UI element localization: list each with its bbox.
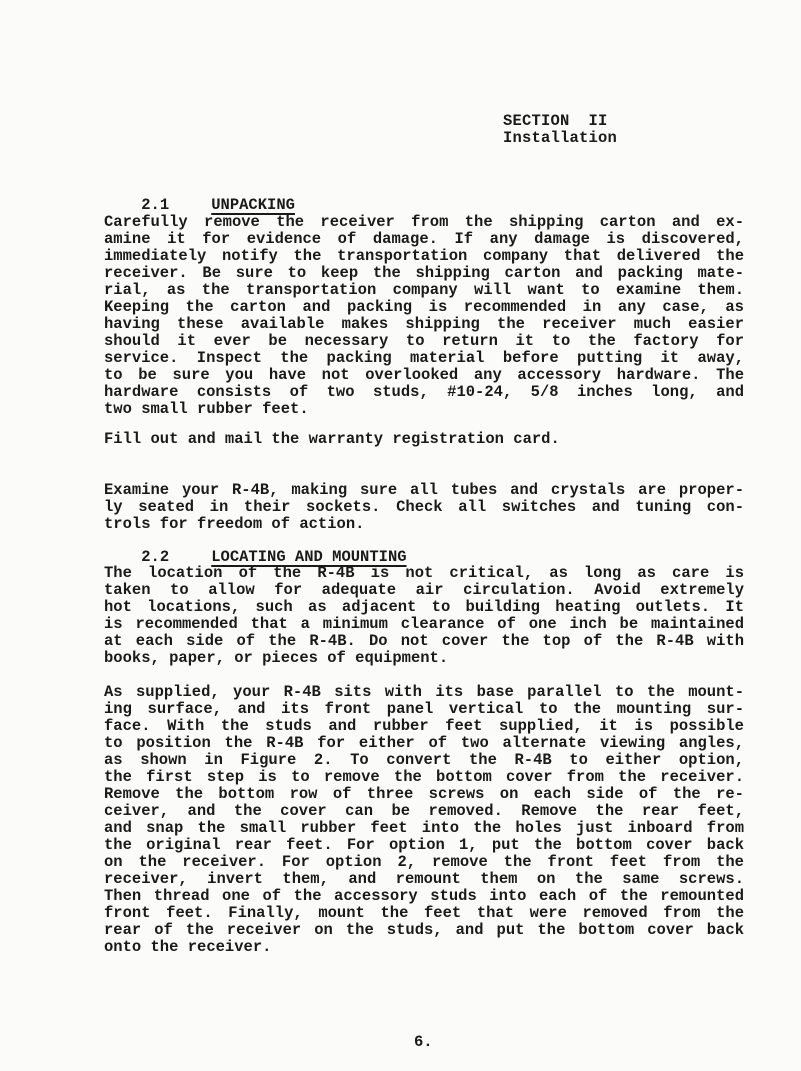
text-line: Examine your R-4B, making sure all tubes… — [104, 482, 744, 499]
text-line: face. With the studs and rubber feet sup… — [104, 718, 744, 735]
text-line: trols for freedom of action. — [104, 516, 744, 533]
text-line: hot locations, such as adjacent to build… — [104, 599, 744, 616]
text-line: Then thread one of the accessory studs i… — [104, 888, 744, 905]
text-line: As supplied, your R-4B sits with its bas… — [104, 684, 744, 701]
subsection-title: UNPACKING — [211, 196, 295, 214]
text-line: receiver. Be sure to keep the shipping c… — [104, 265, 744, 282]
text-line: front feet. Finally, mount the feet that… — [104, 905, 744, 922]
text-line: receiver, invert them, and remount them … — [104, 871, 744, 888]
paragraph-examine: Examine your R-4B, making sure all tubes… — [104, 482, 744, 533]
text-line: at each side of the R-4B. Do not cover t… — [104, 633, 744, 650]
text-line: rear of the receiver on the studs, and p… — [104, 922, 744, 939]
subsection-number: 2.1 — [141, 197, 211, 214]
text-line: two small rubber feet. — [104, 401, 744, 418]
paragraph-mounting: As supplied, your R-4B sits with its bas… — [104, 684, 744, 956]
text-line: having these available makes shipping th… — [104, 316, 744, 333]
text-line: Remove the bottom row of three screws on… — [104, 786, 744, 803]
text-line: The location of the R-4B is not critical… — [104, 565, 744, 582]
text-line: as shown in Figure 2. To convert the R-4… — [104, 752, 744, 769]
section-title: Installation — [503, 130, 617, 147]
page-number: 6. — [414, 1033, 433, 1051]
section-header: SECTION II Installation — [503, 113, 617, 147]
text-line: ing surface, and its front panel vertica… — [104, 701, 744, 718]
text-line: to be sure you have not overlooked any a… — [104, 367, 744, 384]
manual-page: SECTION II Installation 2.1UNPACKING Car… — [0, 0, 801, 1071]
text-line: to position the R-4B for either of two a… — [104, 735, 744, 752]
paragraph-unpacking-1: Carefully remove the receiver from the s… — [104, 214, 744, 418]
paragraph-warranty: Fill out and mail the warranty registrat… — [104, 431, 744, 448]
text-line: ly seated in their sockets. Check all sw… — [104, 499, 744, 516]
text-line: rial, as the transportation company will… — [104, 282, 744, 299]
text-line: taken to allow for adequate air circulat… — [104, 582, 744, 599]
text-line: Fill out and mail the warranty registrat… — [104, 431, 744, 448]
text-line: on the receiver. For option 2, remove th… — [104, 854, 744, 871]
text-line: immediately notify the transportation co… — [104, 248, 744, 265]
text-line: service. Inspect the packing material be… — [104, 350, 744, 367]
text-line: Carefully remove the receiver from the s… — [104, 214, 744, 231]
text-line: and snap the small rubber feet into the … — [104, 820, 744, 837]
text-line: should it ever be necessary to return it… — [104, 333, 744, 350]
text-line: ceiver, and the cover can be removed. Re… — [104, 803, 744, 820]
text-line: Keeping the carton and packing is recomm… — [104, 299, 744, 316]
section-number: SECTION II — [503, 113, 617, 130]
text-line: hardware consists of two studs, #10-24, … — [104, 384, 744, 401]
text-line: books, paper, or pieces of equipment. — [104, 650, 744, 667]
text-line: amine it for evidence of damage. If any … — [104, 231, 744, 248]
text-line: the first step is to remove the bottom c… — [104, 769, 744, 786]
text-line: is recommended that a minimum clearance … — [104, 616, 744, 633]
text-line: onto the receiver. — [104, 939, 744, 956]
text-line: the original rear feet. For option 1, pu… — [104, 837, 744, 854]
paragraph-location: The location of the R-4B is not critical… — [104, 565, 744, 667]
